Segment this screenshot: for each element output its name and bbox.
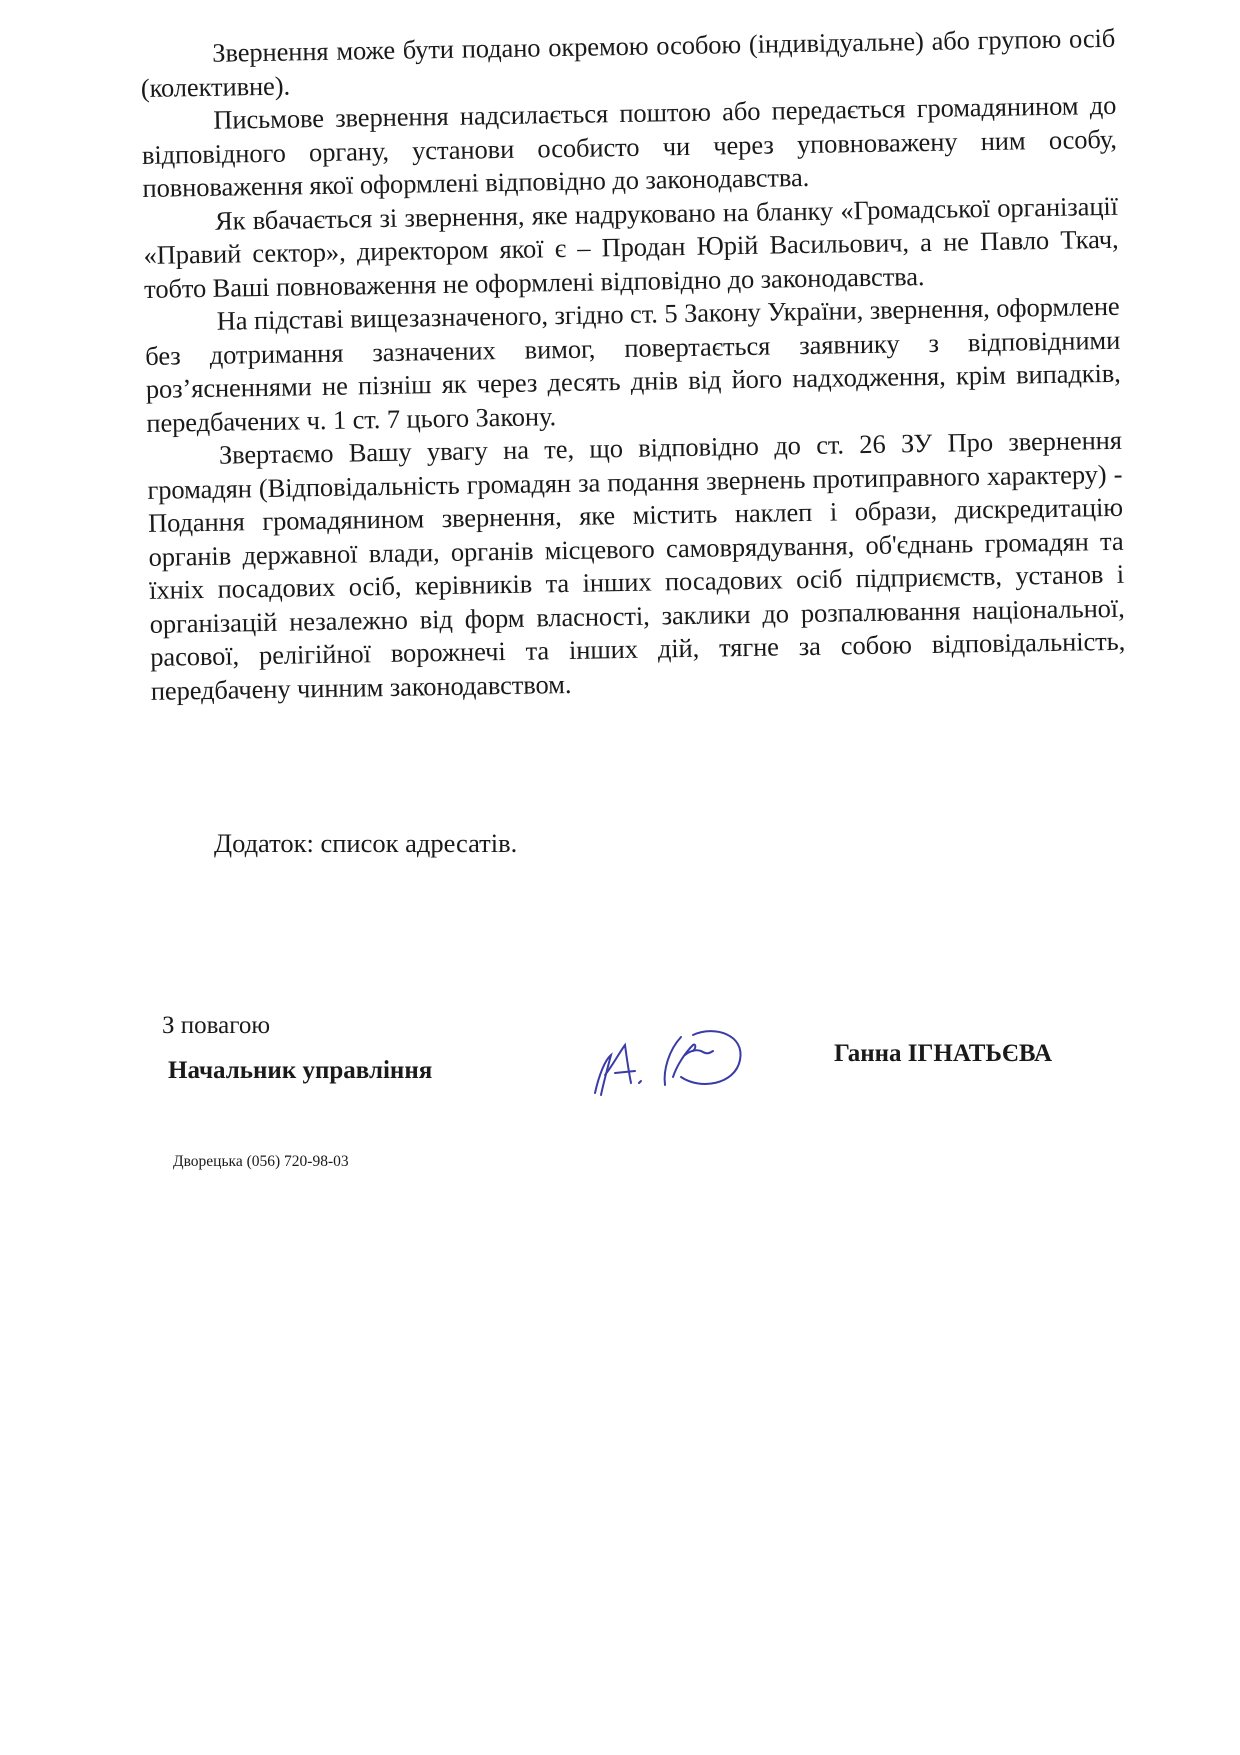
paragraph-legal-basis: На підставі вищезазначеного, згідно ст. … [144,290,1121,440]
appendix-note: Додаток: список адресатів. [214,828,517,859]
signer-name: Ганна ІГНАТЬЄВА [834,1040,1052,1068]
paragraph-liability-notice: Звертаємо Вашу увагу на те, що відповідн… [147,424,1126,708]
document-page: Звернення може бути подано окремою особо… [0,0,1240,1755]
paragraph-written-appeal: Письмове звернення надсилається поштою а… [141,89,1118,206]
closing-regards: З повагою [162,1012,270,1040]
signer-position: Начальник управління [168,1057,432,1085]
paragraph-letterhead-finding: Як вбачається зі звернення, яке надруков… [143,189,1120,306]
executor-contact: Дворецька (056) 720-98-03 [173,1153,349,1171]
handwritten-signature-icon [585,1015,765,1105]
letter-body: Звернення може бути подано окремою особо… [140,22,1126,708]
